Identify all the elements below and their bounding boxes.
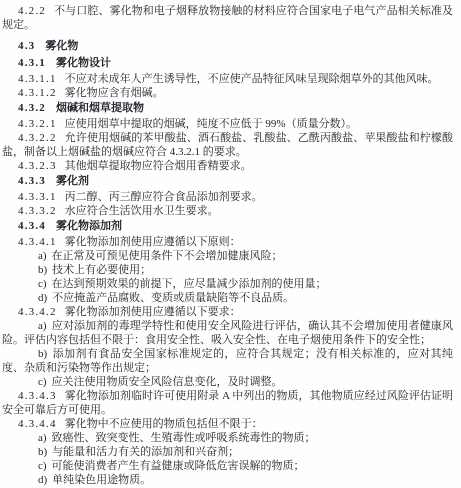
clause-number: 4.3.4.4 — [18, 418, 57, 430]
clause-text: 应使用烟草中提取的烟碱，纯度不应低于 99%（质量分数）。 — [65, 118, 357, 130]
clause-paragraph: 4.3.4.2雾化物添加剂使用应遵循以下要求： — [0, 305, 461, 319]
clause-paragraph: 4.3.3.1丙二醇、丙三醇应符合食品添加剂要求。 — [0, 190, 461, 204]
clause-paragraph: 4.3.4.4雾化物中不应使用的物质包括但不限于： — [0, 417, 461, 431]
clause-number: 4.3.1.2 — [18, 87, 57, 99]
clause-paragraph: 4.3.2.3其他烟草提取物应符合烟用香精要求。 — [0, 159, 461, 173]
clause-number: d) — [38, 474, 47, 486]
clause-text: 在正常及可预见使用条件下不会增加健康风险； — [52, 250, 283, 262]
clause-number: 4.3.3.2 — [18, 205, 57, 217]
clause-number: c) — [38, 460, 47, 472]
clause-paragraph: 4.2.2不与口腔、雾化物和电子烟释放物接触的材料应符合国家电子电气产品相关标准… — [0, 4, 461, 32]
list-item: b)技术上有必要使用； — [0, 263, 461, 277]
section-heading: 4.3.2烟碱和烟草提取物 — [0, 101, 461, 115]
list-item: c)可能使消费者产生有益健康或降低危害误解的物质； — [0, 459, 461, 473]
clause-text: 雾化物添加剂 — [56, 220, 122, 232]
clause-number: 4.3.3.1 — [18, 191, 57, 203]
clause-number: 4.3.2 — [18, 102, 46, 114]
standard-document-page: 4.2.2不与口腔、雾化物和电子烟释放物接触的材料应符合国家电子电气产品相关标准… — [0, 0, 461, 488]
clause-text: 雾化物 — [45, 40, 78, 52]
clause-text: 雾化剂 — [56, 175, 89, 187]
clause-paragraph: 4.3.4.1雾化物添加剂使用应遵循以下原则： — [0, 235, 461, 249]
clause-paragraph: 4.3.2.1应使用烟草中提取的烟碱，纯度不应低于 99%（质量分数）。 — [0, 117, 461, 131]
clause-number: 4.3 — [18, 40, 35, 52]
clause-number: 4.3.4.3 — [18, 390, 57, 402]
clause-number: 4.3.4.1 — [18, 236, 57, 248]
list-item: d)单纯染色用途物质。 — [0, 473, 461, 487]
document-body: 4.2.2不与口腔、雾化物和电子烟释放物接触的材料应符合国家电子电气产品相关标准… — [0, 4, 461, 487]
clause-text: 单纯染色用途物质。 — [52, 474, 151, 486]
clause-paragraph: 4.3.3.2水应符合生活饮用水卫生要求。 — [0, 204, 461, 218]
section-heading: 4.3.4雾化物添加剂 — [0, 219, 461, 233]
clause-paragraph: 4.3.1.1不应对未成年人产生诱导性，不应使产品特征风味呈现除烟草外的其他风味… — [0, 72, 461, 86]
clause-number: 4.3.1 — [18, 57, 46, 69]
clause-text: 应对添加剂的毒理学特性和使用安全风险进行评估，确认其不会增加使用者健康风险。评估… — [2, 320, 453, 346]
clause-number: 4.3.2.1 — [18, 118, 57, 130]
list-item: a)在正常及可预见使用条件下不会增加健康风险； — [0, 249, 461, 263]
clause-text: 允许使用烟碱的苯甲酸盐、酒石酸盐、乳酸盐、乙酰丙酸盐、苹果酸盐和柠檬酸盐，制备以… — [2, 132, 453, 158]
clause-paragraph: 4.3.1.2雾化物应含有烟碱。 — [0, 86, 461, 100]
clause-number: a) — [38, 320, 47, 332]
clause-number: 4.3.3 — [18, 175, 46, 187]
section-heading: 4.3雾化物 — [0, 39, 461, 53]
clause-number: c) — [38, 278, 47, 290]
clause-number: b) — [38, 348, 47, 360]
section-heading: 4.3.3雾化剂 — [0, 174, 461, 188]
clause-number: 4.2.2 — [18, 5, 46, 17]
clause-text: 水应符合生活饮用水卫生要求。 — [65, 205, 219, 217]
clause-text: 可能使消费者产生有益健康或降低危害误解的物质； — [52, 460, 305, 472]
clause-text: 雾化物添加剂临时许可使用附录 A 中列出的物质，其他物质应经过风险评估证明安全可… — [2, 390, 453, 416]
clause-paragraph: 4.3.4.3雾化物添加剂临时许可使用附录 A 中列出的物质，其他物质应经过风险… — [0, 389, 461, 417]
clause-number: 4.3.2.2 — [18, 132, 57, 144]
clause-number: 4.3.2.3 — [18, 160, 57, 172]
clause-text: 其他烟草提取物应符合烟用香精要求。 — [65, 160, 252, 172]
clause-text: 添加剂有食品安全国家标准规定的，应符合其规定；没有相关标准的，应对其纯度、杂质和… — [2, 348, 453, 374]
clause-text: 与能量和活力有关的添加剂和兴奋剂； — [52, 446, 239, 458]
clause-text: 雾化物中不应使用的物质包括但不限于： — [65, 418, 263, 430]
clause-text: 雾化物设计 — [56, 57, 111, 69]
clause-number: a) — [38, 250, 47, 262]
clause-text: 雾化物添加剂使用应遵循以下要求： — [65, 306, 241, 318]
section-heading: 4.3.1雾化物设计 — [0, 56, 461, 70]
clause-text: 雾化物应含有烟碱。 — [65, 87, 164, 99]
clause-number: 4.3.4.2 — [18, 306, 57, 318]
clause-text: 不应对未成年人产生诱导性，不应使产品特征风味呈现除烟草外的其他风味。 — [65, 73, 439, 85]
clause-number: 4.3.4 — [18, 220, 46, 232]
clause-text: 雾化物添加剂使用应遵循以下原则： — [65, 236, 241, 248]
list-item: d)不应掩盖产品腐败、变质或质量缺陷等不良品质。 — [0, 291, 461, 305]
clause-number: b) — [38, 264, 47, 276]
clause-text: 烟碱和烟草提取物 — [56, 102, 144, 114]
clause-text: 应关注使用物质安全风险信息变化，及时调整。 — [52, 376, 283, 388]
clause-text: 技术上有必要使用； — [52, 264, 151, 276]
list-item: c)应关注使用物质安全风险信息变化，及时调整。 — [0, 375, 461, 389]
list-item: a)应对添加剂的毒理学特性和使用安全风险进行评估，确认其不会增加使用者健康风险。… — [0, 319, 461, 347]
clause-number: c) — [38, 376, 47, 388]
list-item: b)添加剂有食品安全国家标准规定的，应符合其规定；没有相关标准的，应对其纯度、杂… — [0, 347, 461, 375]
list-item: b)与能量和活力有关的添加剂和兴奋剂； — [0, 445, 461, 459]
clause-paragraph: 4.3.2.2允许使用烟碱的苯甲酸盐、酒石酸盐、乳酸盐、乙酰丙酸盐、苹果酸盐和柠… — [0, 131, 461, 159]
clause-text: 不与口腔、雾化物和电子烟释放物接触的材料应符合国家电子电气产品相关标准及规定。 — [2, 5, 453, 31]
clause-number: 4.3.1.1 — [18, 73, 57, 85]
clause-text: 致癌性、致突变性、生殖毒性或呼吸系统毒性的物质； — [52, 432, 316, 444]
clause-text: 不应掩盖产品腐败、变质或质量缺陷等不良品质。 — [52, 292, 294, 304]
clause-number: b) — [38, 446, 47, 458]
list-item: c)在达到预期效果的前提下，应尽量减少添加剂的使用量； — [0, 277, 461, 291]
list-item: a)致癌性、致突变性、生殖毒性或呼吸系统毒性的物质； — [0, 431, 461, 445]
clause-number: d) — [38, 292, 47, 304]
clause-number: a) — [38, 432, 47, 444]
clause-text: 在达到预期效果的前提下，应尽量减少添加剂的使用量； — [52, 278, 327, 290]
clause-text: 丙二醇、丙三醇应符合食品添加剂要求。 — [65, 191, 263, 203]
